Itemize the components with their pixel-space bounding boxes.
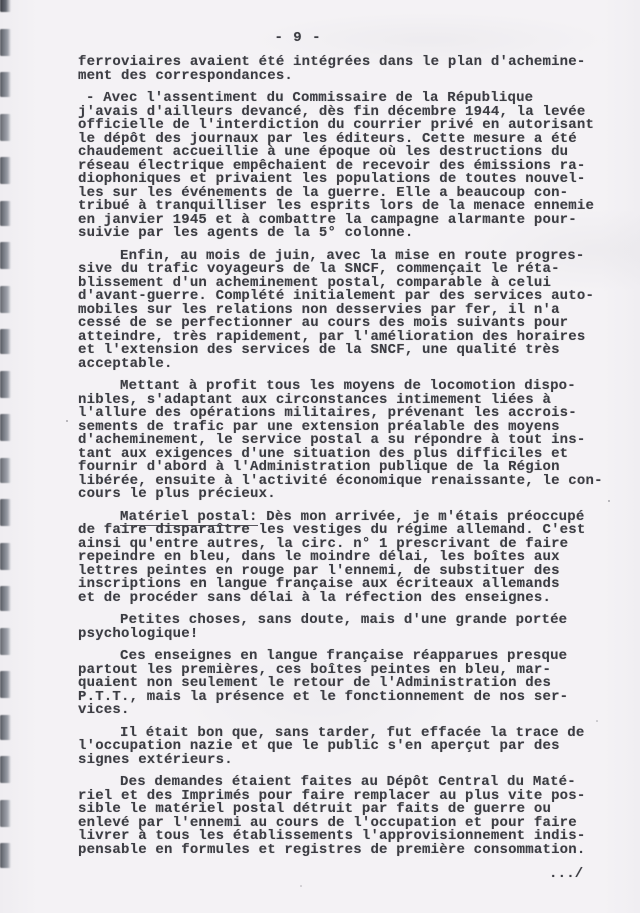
binding-mark: [0, 72, 11, 97]
scanned-document-page: - 9 - ferroviaires avaient été intégrées…: [0, 0, 640, 913]
binding-mark: [0, 114, 11, 141]
paragraph-assentiment: - Avec l'assentiment du Commissaire de l…: [78, 92, 598, 241]
paragraph-mettant-a-profit: Mettant à profit tous les moyens de loco…: [78, 380, 598, 502]
binding-mark: [0, 458, 11, 483]
binding-mark: [0, 499, 11, 526]
paragraph-petites-choses: Petites choses, sans doute, mais d'une g…: [78, 614, 598, 641]
binding-mark: [0, 628, 11, 655]
paragraph-il-etait-bon: Il était bon que, sans tarder, fut effac…: [78, 727, 598, 768]
binding-mark: [0, 843, 11, 868]
scan-speck: [608, 500, 610, 502]
continuation-mark: .../: [549, 866, 583, 882]
binding-mark: [0, 756, 11, 783]
binding-mark: [0, 586, 11, 611]
binding-mark: [0, 157, 11, 184]
paragraph-materiel-postal-rest: de faire disparaître les vestiges du rég…: [78, 524, 598, 605]
paragraph-ces-enseignes: Ces enseignes en langue française réappa…: [78, 650, 598, 718]
binding-mark: [0, 371, 11, 398]
page-number: - 9 -: [78, 30, 518, 46]
binding-mark: [0, 671, 11, 698]
binding-mark: [0, 286, 11, 313]
binding-marks-column: [0, 0, 14, 885]
document-body: ferroviaires avaient été intégrées dans …: [78, 56, 598, 866]
paragraph-enfin-sncf: Enfin, au mois de juin, avec la mise en …: [78, 250, 598, 372]
binding-mark: [0, 715, 11, 740]
paragraph-ferroviaires: ferroviaires avaient été intégrées dans …: [78, 56, 598, 83]
scan-speck: [300, 885, 302, 887]
binding-mark: [0, 329, 11, 354]
binding-mark: [0, 29, 11, 56]
binding-mark: [0, 201, 11, 226]
binding-mark: [0, 543, 11, 570]
scan-speck: [66, 420, 68, 422]
binding-mark: [0, 414, 11, 441]
binding-mark: [0, 800, 11, 827]
binding-mark: [0, 242, 11, 269]
binding-mark: [0, 0, 11, 12]
paragraph-des-demandes: Des demandes étaient faites au Dépôt Cen…: [78, 776, 598, 857]
